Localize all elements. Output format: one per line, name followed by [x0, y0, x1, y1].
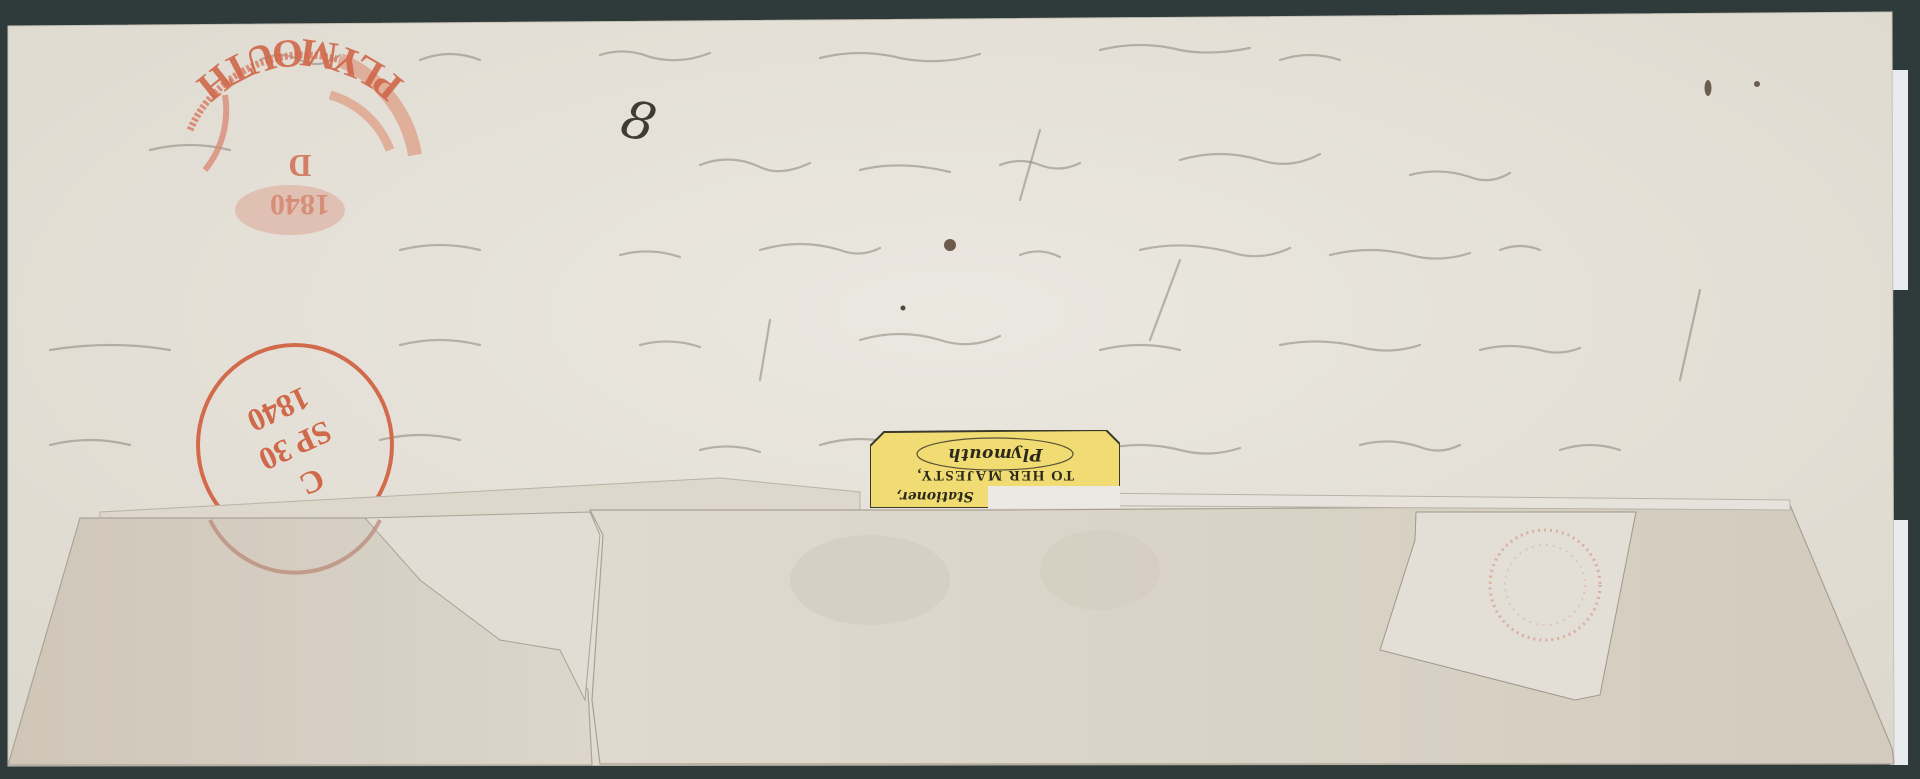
ink-spot: [901, 306, 906, 311]
bottom-flap: [590, 505, 1894, 764]
ink-spot: [944, 239, 956, 251]
stain: [1040, 530, 1160, 610]
stationer-label: Plymouth TO HER MAJESTY, Stationer,: [870, 430, 1120, 508]
svg-text:D: D: [288, 148, 311, 184]
stain: [790, 535, 950, 625]
label-town: Plymouth: [870, 444, 1120, 464]
ink-spot: [1705, 80, 1712, 96]
envelope-photo: 1840 D PLYMOUTH C SP 30 1840: [0, 0, 1920, 779]
ink-spot: [1754, 81, 1760, 87]
label-majesty: TO HER MAJESTY,: [870, 466, 1120, 483]
envelope-drawing: 1840 D PLYMOUTH C SP 30 1840: [0, 0, 1920, 779]
label-trade: Stationer,: [810, 488, 1060, 504]
